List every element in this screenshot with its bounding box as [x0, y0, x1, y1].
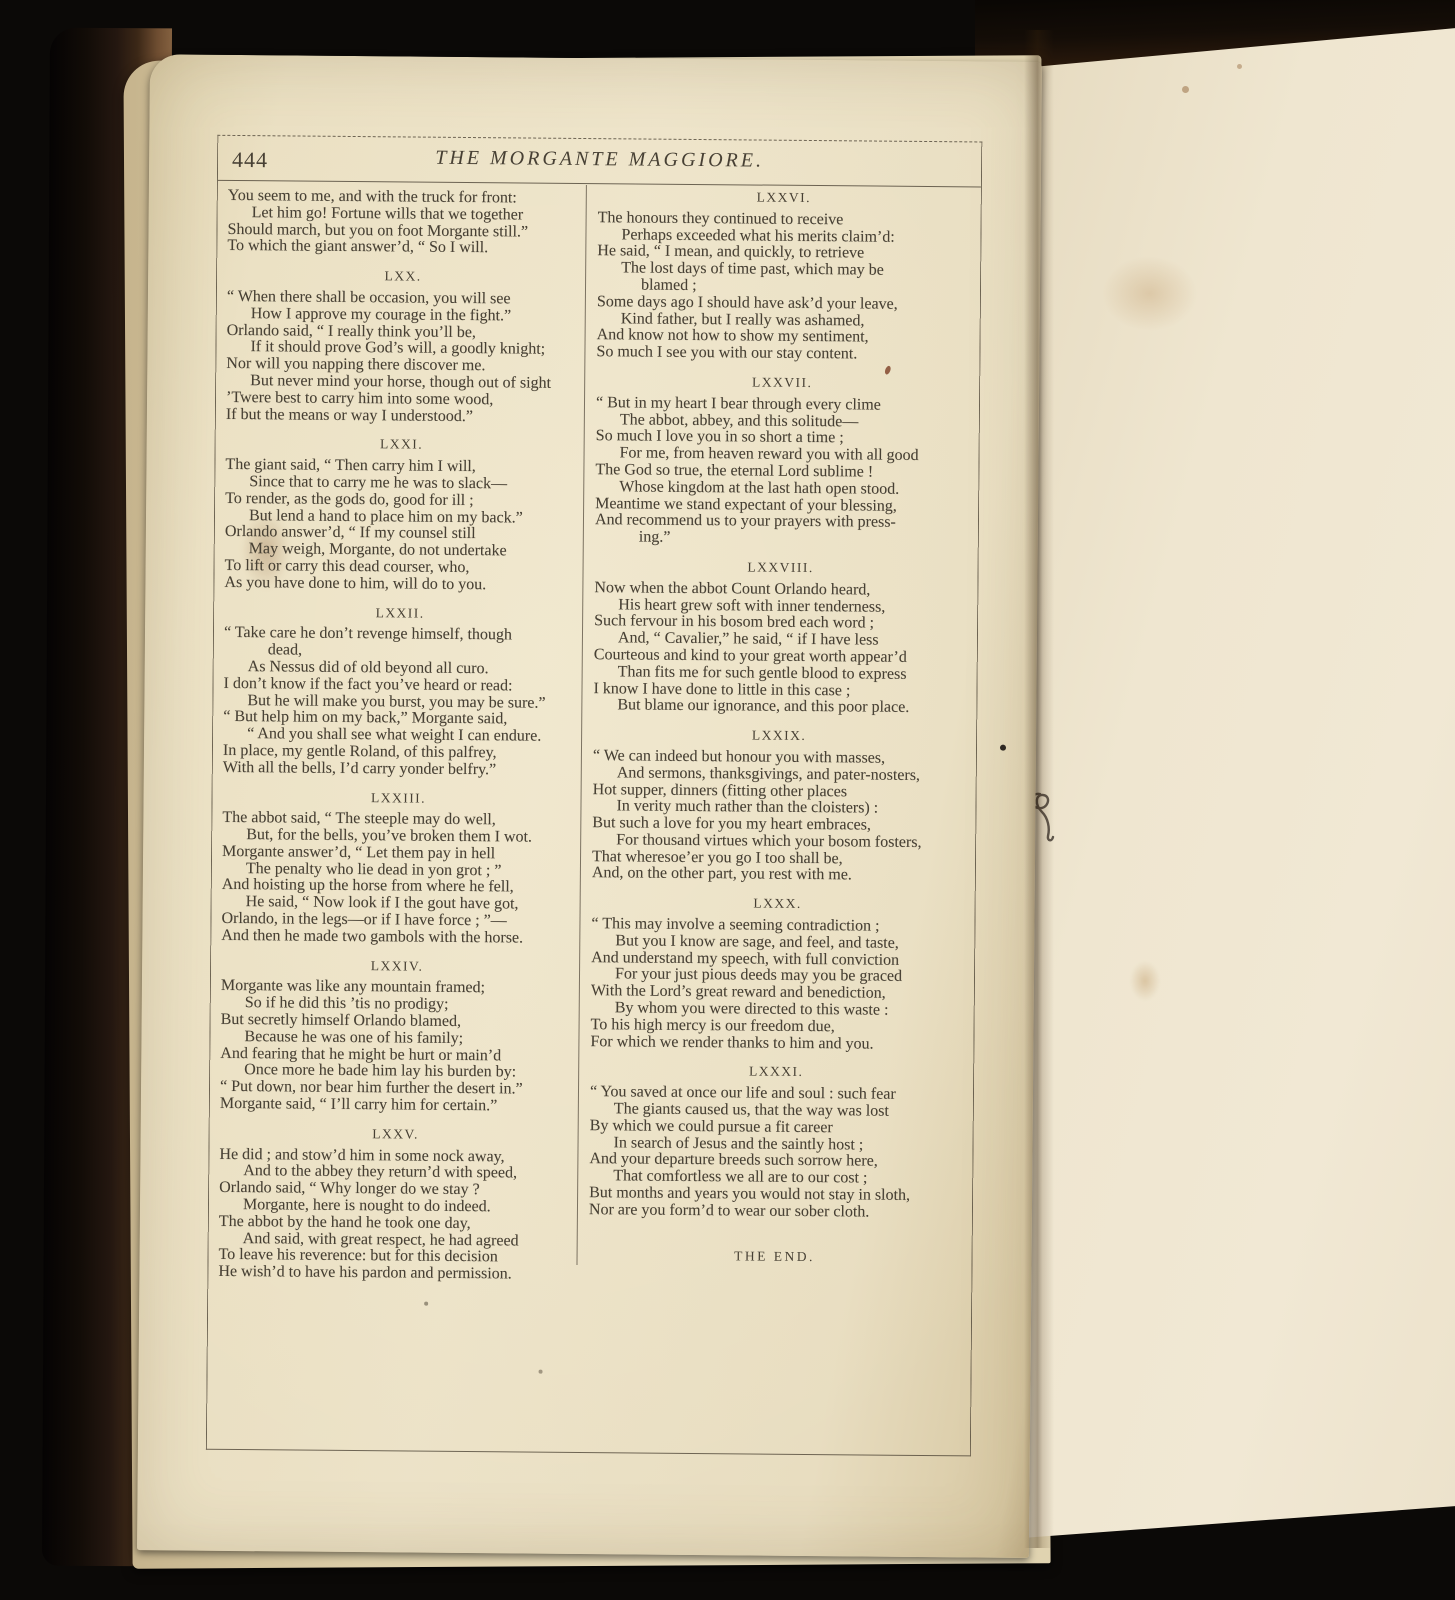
verse-line: So much I see you with our stay content. — [596, 344, 968, 364]
verse-line: But blame our ignorance, and this poor p… — [593, 697, 965, 717]
verse-line: As you have done to him, will do to you. — [224, 575, 576, 595]
stain — [1130, 961, 1160, 1001]
verse-line: ing.” — [595, 529, 967, 549]
stanza: LXXV.He did ; and stow’d him in some noc… — [218, 1125, 571, 1284]
verse-line: If but the means or way I understood.” — [226, 406, 578, 426]
stanza-number: LXXXI. — [590, 1063, 962, 1083]
stanza: LXXVIII.Now when the abbot Count Orlando… — [593, 558, 966, 717]
verse-line: He wish’d to have his pardon and permiss… — [218, 1264, 570, 1284]
stanza: LXXVII.“ But in my heart I bear through … — [595, 373, 968, 549]
stanza: LXXIII.The abbot said, “ The steeple may… — [221, 788, 574, 947]
stanza: LXXVI.The honours they continued to rece… — [596, 188, 969, 364]
verse-line: For which we render thanks to him and yo… — [590, 1034, 962, 1054]
stanza: LXX.“ When there shall be occasion, you … — [226, 267, 579, 426]
stanza-number: LXXVI. — [598, 188, 970, 208]
stanza: LXXIX.“ We can indeed but honour you wit… — [592, 726, 965, 885]
verse-line: Nor are you form’d to wear our sober clo… — [589, 1202, 961, 1222]
stanza-number: LXXV. — [220, 1125, 572, 1145]
printed-border-frame: 444 THE MORGANTE MAGGIORE. You seem to m… — [206, 135, 982, 1457]
running-title: THE MORGANTE MAGGIORE. — [218, 145, 981, 175]
verse-line: And then he made two gambols with the ho… — [221, 928, 573, 948]
stanza-number: LXXX. — [592, 894, 964, 914]
the-end-label: THE END. — [589, 1247, 961, 1266]
page-header: 444 THE MORGANTE MAGGIORE. — [218, 136, 981, 188]
foxing-spot — [1182, 86, 1189, 93]
stanza: LXXI.The giant said, “ Then carry him I … — [224, 435, 577, 594]
right-blank-page — [1022, 26, 1455, 1551]
stanza-number: LXXII. — [224, 603, 576, 623]
stanza-number: LXXI. — [226, 435, 578, 455]
verse-line: With all the bells, I’d carry yonder bel… — [223, 760, 575, 780]
stanza: LXXX.“ This may involve a seeming contra… — [590, 894, 963, 1053]
verse-line: And, on the other part, you rest with me… — [592, 866, 964, 886]
text-column-left: You seem to me, and with the truck for f… — [218, 182, 580, 1284]
verse-line: Morgante said, “ I’ll carry him for cert… — [220, 1096, 572, 1116]
stanza-number: LXXIX. — [593, 726, 965, 746]
stanza: LXXII.“ Take care he don’t revenge himse… — [223, 603, 576, 779]
stanza-number: LXXVII. — [596, 373, 968, 393]
left-text-page: 444 THE MORGANTE MAGGIORE. You seem to m… — [137, 54, 1042, 1558]
foxing-spot — [1237, 64, 1242, 69]
stanza-number: LXXIV. — [221, 957, 573, 977]
text-column-right: LXXVI.The honours they continued to rece… — [589, 185, 970, 1222]
stanza-number: LXXVIII. — [595, 558, 967, 578]
stanza: You seem to me, and with the truck for f… — [227, 182, 580, 258]
verse-line: To which the giant answer’d, “ So I will… — [227, 238, 579, 258]
ink-dot — [1000, 745, 1006, 751]
stanza-number: LXX. — [227, 267, 579, 287]
stanza: LXXXI.“ You saved at once our life and s… — [589, 1063, 962, 1222]
stanza-number: LXXIII. — [222, 788, 574, 808]
stain — [1102, 256, 1197, 331]
book-photograph: 444 THE MORGANTE MAGGIORE. You seem to m… — [0, 0, 1455, 1600]
stanza: LXXIV.Morgante was like any mountain fra… — [220, 957, 573, 1116]
